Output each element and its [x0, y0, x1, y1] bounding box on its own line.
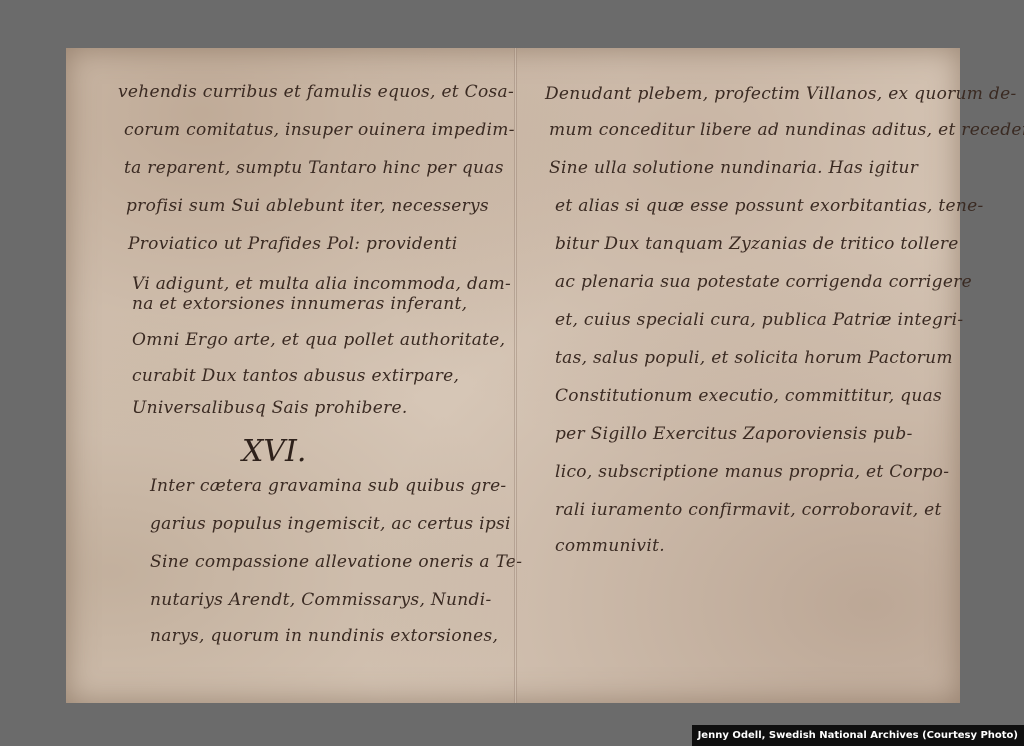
- manuscript-line: Universalibusq Sais prohibere.: [132, 398, 408, 418]
- manuscript-line: Vi adigunt, et multa alia incommoda, dam…: [132, 274, 511, 294]
- photo-credit: Jenny Odell, Swedish National Archives (…: [692, 725, 1024, 746]
- manuscript-line: Denudant plebem, profectim Villanos, ex …: [545, 84, 1017, 104]
- manuscript-line: communivit.: [555, 536, 665, 556]
- right-page: Denudant plebem, profectim Villanos, ex …: [517, 48, 960, 703]
- manuscript-line: narys, quorum in nundinis extorsiones,: [150, 626, 498, 646]
- manuscript-line: nutariys Arendt, Commissarys, Nundi-: [150, 590, 492, 610]
- section-heading: XVI.: [242, 434, 306, 469]
- manuscript-document: vehendis curribus et famulis equos, et C…: [66, 48, 960, 703]
- manuscript-line: profisi sum Sui ablebunt iter, necessery…: [126, 196, 489, 216]
- manuscript-line: Inter cætera gravamina sub quibus gre-: [150, 476, 506, 496]
- manuscript-line: Sine ulla solutione nundinaria. Has igit…: [549, 158, 918, 178]
- manuscript-line: vehendis curribus et famulis equos, et C…: [118, 82, 514, 102]
- manuscript-line: Omni Ergo arte, et qua pollet authoritat…: [132, 330, 505, 350]
- manuscript-line: mum conceditur libere ad nundinas aditus…: [549, 120, 1024, 140]
- manuscript-line: Constitutionum executio, committitur, qu…: [555, 386, 942, 406]
- manuscript-line: Proviatico ut Prafides Pol: providenti: [128, 234, 458, 254]
- manuscript-line: et, cuius speciali cura, publica Patriæ …: [555, 310, 963, 330]
- manuscript-line: bitur Dux tanquam Zyzanias de tritico to…: [555, 234, 959, 254]
- manuscript-line: ta reparent, sumptu Tantaro hinc per qua…: [124, 158, 504, 178]
- manuscript-line: na et extorsiones innumeras inferant,: [132, 294, 467, 314]
- manuscript-line: tas, salus populi, et solicita horum Pac…: [555, 348, 953, 368]
- manuscript-line: Sine compassione allevatione oneris a Te…: [150, 552, 522, 572]
- manuscript-line: rali iuramento confirmavit, corroboravit…: [555, 500, 942, 520]
- manuscript-line: lico, subscriptione manus propria, et Co…: [555, 462, 949, 482]
- manuscript-line: corum comitatus, insuper ouinera impedim…: [124, 120, 515, 140]
- manuscript-line: per Sigillo Exercitus Zaporoviensis pub-: [555, 424, 913, 444]
- left-page: vehendis curribus et famulis equos, et C…: [66, 48, 514, 703]
- manuscript-line: ac plenaria sua potestate corrigenda cor…: [555, 272, 972, 292]
- manuscript-line: garius populus ingemiscit, ac certus ips…: [150, 514, 511, 534]
- manuscript-line: et alias si quæ esse possunt exorbitanti…: [555, 196, 984, 216]
- manuscript-line: curabit Dux tantos abusus extirpare,: [132, 366, 459, 386]
